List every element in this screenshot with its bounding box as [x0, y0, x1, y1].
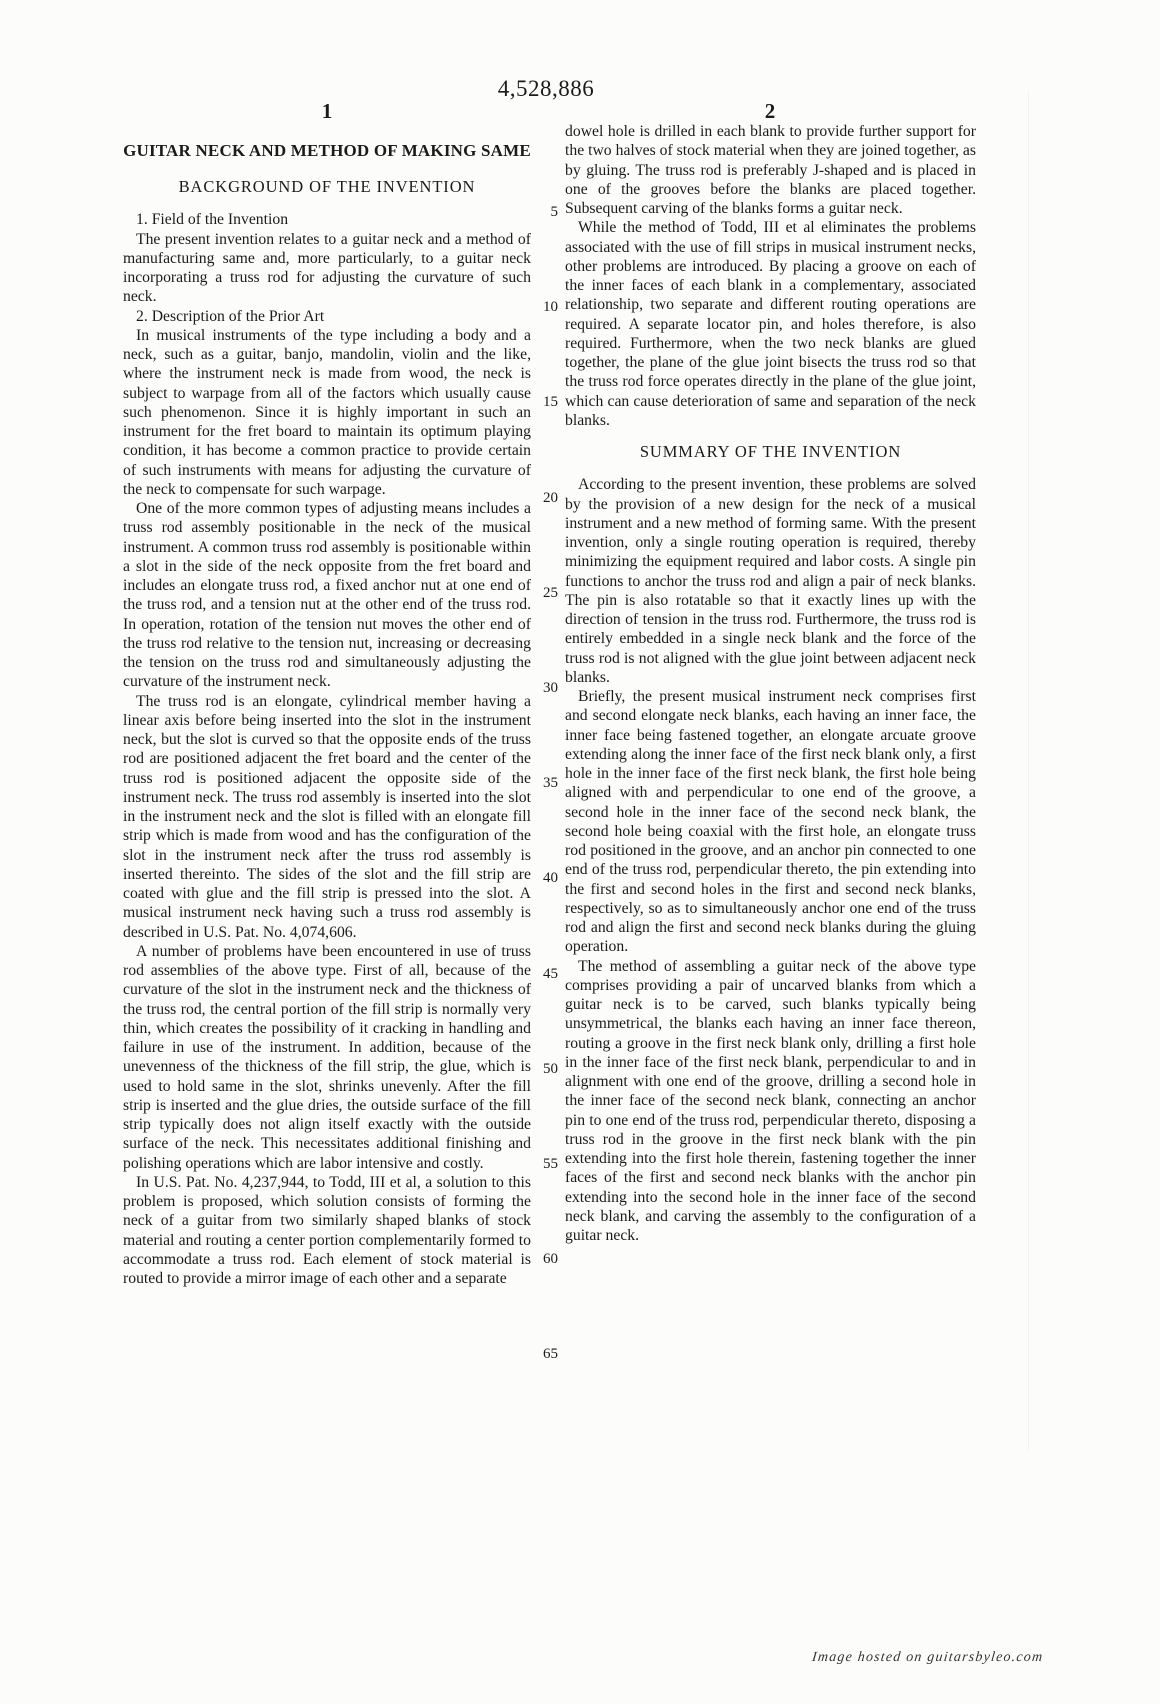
paragraph: The truss rod is an elongate, cylindrica…	[123, 692, 531, 942]
line-number: 60	[532, 1250, 558, 1268]
paragraph: While the method of Todd, III et al elim…	[565, 218, 976, 430]
paragraph: According to the present invention, thes…	[565, 475, 976, 687]
paragraph: One of the more common types of adjustin…	[123, 499, 531, 692]
section-heading: SUMMARY OF THE INVENTION	[565, 442, 976, 461]
line-number: 40	[532, 869, 558, 887]
paragraph: In U.S. Pat. No. 4,237,944, to Todd, III…	[123, 1173, 531, 1289]
line-number: 25	[532, 584, 558, 602]
scan-artifact-line	[1028, 90, 1029, 1450]
line-number: 65	[532, 1345, 558, 1363]
column-number-right: 2	[565, 99, 975, 124]
paragraph: Briefly, the present musical instrument …	[565, 687, 976, 957]
section-heading: BACKGROUND OF THE INVENTION	[123, 177, 531, 196]
line-number: 35	[532, 774, 558, 792]
line-number: 45	[532, 965, 558, 983]
line-number: 20	[532, 489, 558, 507]
right-column: dowel hole is drilled in each blank to p…	[565, 122, 976, 1245]
section-title: GUITAR NECK AND METHOD OF MAKING SAME	[123, 140, 531, 161]
left-column: GUITAR NECK AND METHOD OF MAKING SAMEBAC…	[123, 140, 531, 1288]
line-number: 15	[532, 393, 558, 411]
patent-page: 4,528,886 1 2 GUITAR NECK AND METHOD OF …	[0, 0, 1160, 1704]
line-number: 5	[532, 203, 558, 221]
paragraph: The present invention relates to a guita…	[123, 230, 531, 307]
line-number: 55	[532, 1155, 558, 1173]
paragraph: A number of problems have been encounter…	[123, 942, 531, 1173]
line-number: 10	[532, 298, 558, 316]
subheading: 1. Field of the Invention	[123, 210, 531, 229]
watermark: Image hosted on guitarsbyleo.com	[811, 1650, 1044, 1666]
subheading: 2. Description of the Prior Art	[123, 307, 531, 326]
line-number: 50	[532, 1060, 558, 1078]
paragraph: dowel hole is drilled in each blank to p…	[565, 122, 976, 218]
line-number: 30	[532, 679, 558, 697]
column-number-left: 1	[123, 99, 531, 124]
paragraph: The method of assembling a guitar neck o…	[565, 957, 976, 1246]
paragraph: In musical instruments of the type inclu…	[123, 326, 531, 499]
